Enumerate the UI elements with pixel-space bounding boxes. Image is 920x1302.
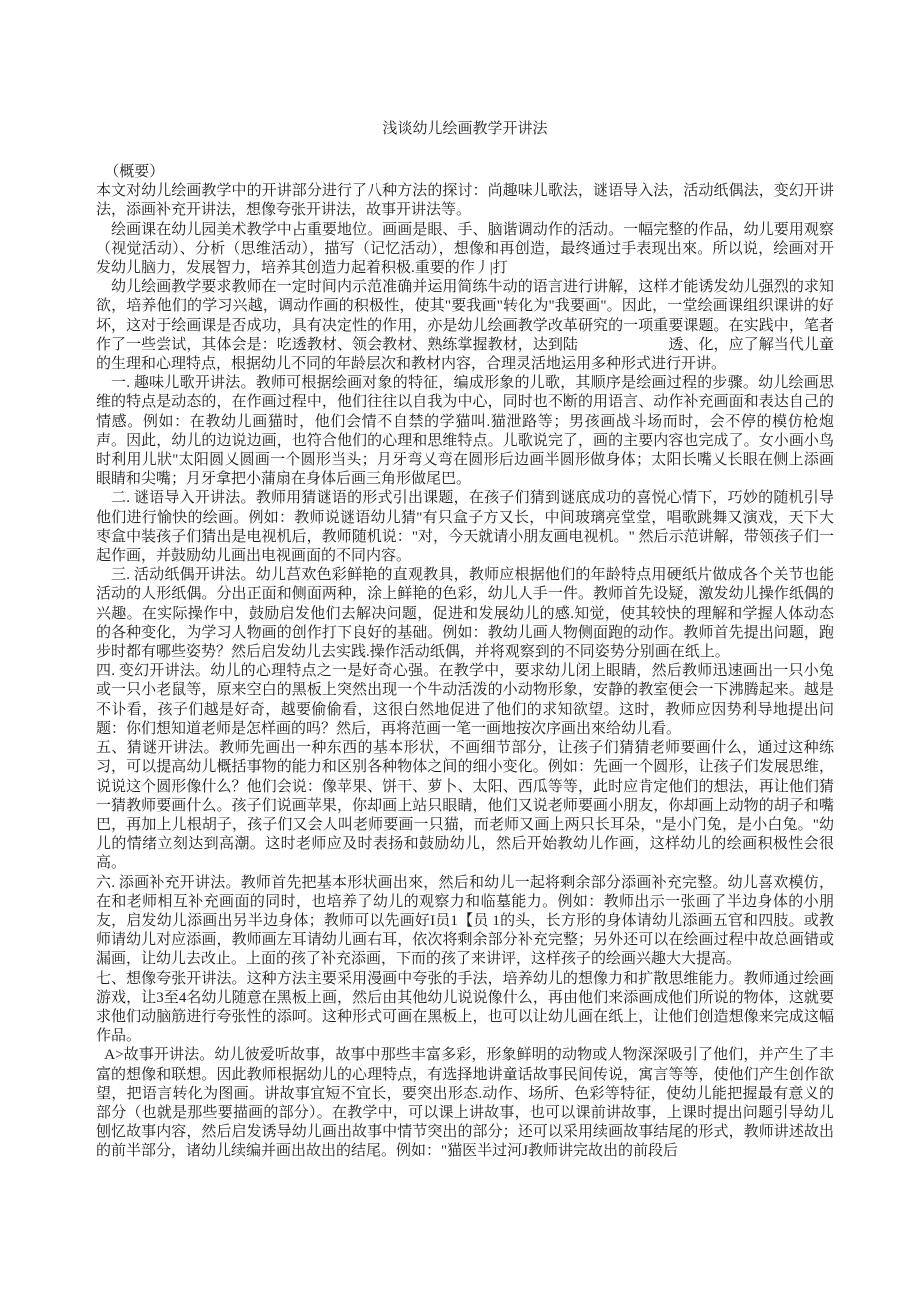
paragraph-method-3-puppet: 三. 活动纸偶开讲法。幼儿莒欢色彩鲜艳的直观教具，教师应根据他们的年龄特点用硬纸…: [96, 566, 834, 662]
document-body: 浅谈幼儿绘画教学开讲法 （概要） 本文对幼儿绘画教学中的开讲部分进行了八种方法的…: [96, 120, 834, 1162]
document-page: 浅谈幼儿绘画教学开讲法 （概要） 本文对幼儿绘画教学中的开讲部分进行了八种方法的…: [0, 0, 920, 1302]
paragraph-method-7-exaggerate: 七、想像夸张开讲法。这种方法主要采用漫画中夸张的手法，培养幼儿的想像力和扩散思维…: [96, 970, 834, 1047]
paragraph-abstract: 本文对幼儿绘画教学中的开讲部分进行了八种方法的探讨：尚趣味儿歌法，谜语导入法，活…: [96, 182, 834, 220]
paragraph-method-1-song: 一. 趣味儿歌开讲法。教师可根据绘画对象的特征，编成形象的儿歌，其顺序是绘画过程…: [96, 374, 834, 489]
paragraph-summary-label: （概要）: [96, 163, 834, 182]
paragraph-method-8-story: A>故事开讲法。幼儿彼爱听故事，故事中那些丰富多彩，形象鲜明的动物或人物深深吸引…: [96, 1046, 834, 1161]
paragraph-method-4-magic: 四. 变幻开讲法。幼儿的心理特点之一是好奇心强。在教学中，要求幼儿闭上眼睛，然后…: [96, 662, 834, 739]
paragraph-intro-2: 幼儿绘画教学要求教师在一定时间内示范准确并运用简练牛动的语言进行讲解，这样才能诱…: [96, 278, 834, 374]
paragraph-intro-1: 绘画课在幼儿园美术教学中占重要地位。画画是眼、手、脑谐调动作的活动。一幅完整的作…: [96, 221, 834, 279]
paragraph-method-2-riddle: 二. 谜语导入开讲法。教师用猜谜语的形式引出课题，在孩子们猜到谜底成功的喜悦心情…: [96, 489, 834, 566]
paragraph-method-5-guess: 五、猜谜开讲法。教师先画出一种东西的基本形状，不画细节部分，让孩子们猜猜老师要画…: [96, 739, 834, 873]
paragraph-method-6-addfill: 六. 添画补充开讲法。教师首先把基本形状画出來，然后和幼儿一起将剩余部分添画补充…: [96, 874, 834, 970]
document-title: 浅谈幼儿绘画教学开讲法: [96, 120, 834, 139]
